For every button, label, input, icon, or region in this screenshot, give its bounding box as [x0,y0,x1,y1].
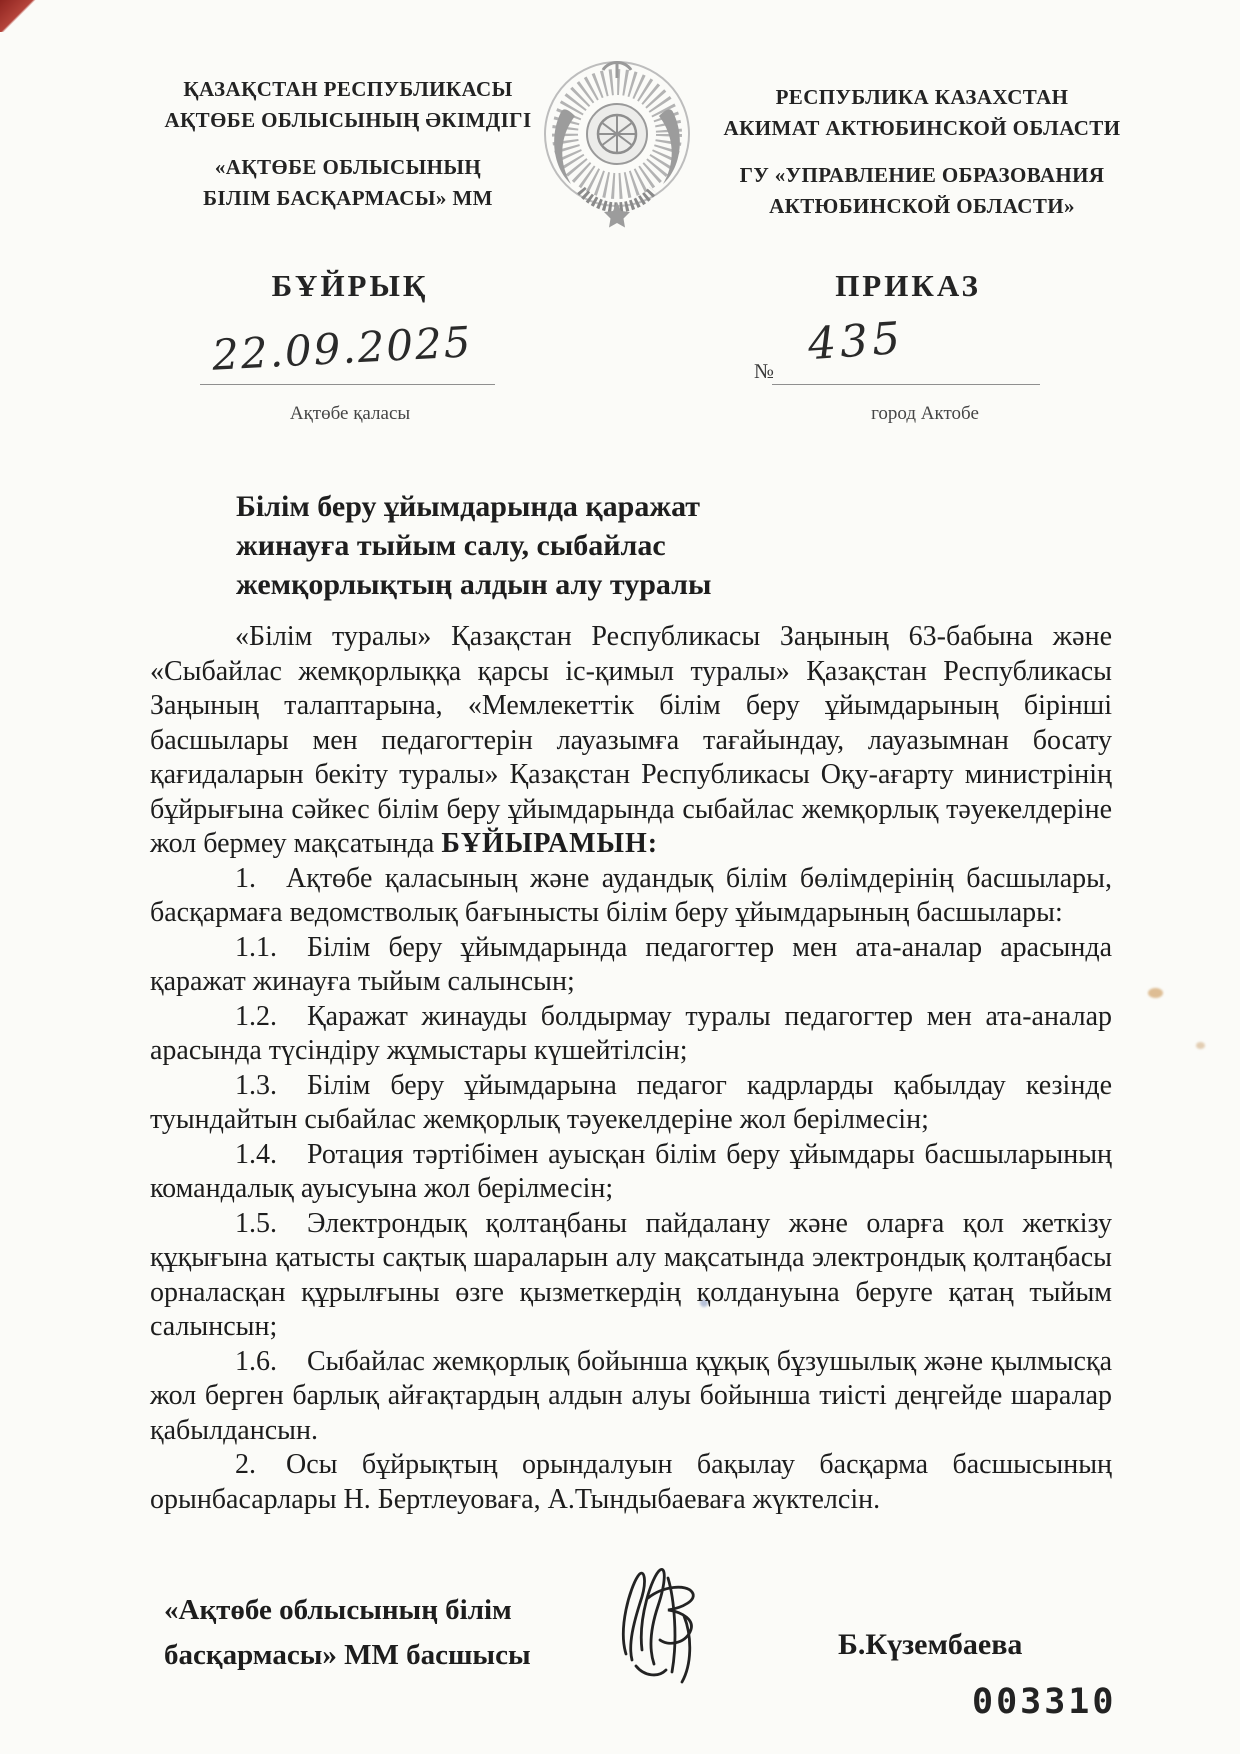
order-item-1-4: 1.4.Ротация тәртібімен ауысқан білім бер… [150,1138,1112,1207]
item-number: 1.5. [235,1208,277,1239]
order-item-1-5: 1.5.Электрондық қолтаңбаны пайдалану жән… [150,1207,1112,1345]
signer-position-line2: басқармасы» ММ басшысы [164,1633,564,1678]
order-item-2: 2.Осы бұйрықтың орындалуын бақылау басқа… [150,1448,1112,1517]
date-field: 22.09.2025 [200,322,495,385]
dept-name-kk-line2: БІЛІМ БАСҚАРМАСЫ» ММ [158,183,538,214]
title-line-2: жинауға тыйым салу, сыбайлас [236,526,776,565]
title-line-1: Білім беру ұйымдарында қаражат [236,487,776,526]
signer-name: Б.Күзембаева [838,1628,1098,1662]
signer-position: «Ақтөбе облысының білім басқармасы» ММ б… [164,1588,564,1678]
handwritten-date: 22.09.2025 [211,317,474,380]
item-text: Ақтөбе қаласының және аудандық білім бөл… [150,863,1112,929]
item-number: 1.3. [235,1070,277,1101]
scan-stain [1148,988,1163,998]
intro-text: «Білім туралы» Қазақстан Республикасы За… [150,621,1112,859]
order-item-1: 1.Ақтөбе қаласының және аудандық білім б… [150,862,1112,931]
dept-name-ru-line2: АКТЮБИНСКОЙ ОБЛАСТИ» [722,191,1122,222]
signer-position-line1: «Ақтөбе облысының білім [164,1588,564,1633]
item-text: Сыбайлас жемқорлық бойынша құқық бұзушыл… [150,1346,1112,1446]
kazakhstan-emblem-icon [541,52,693,228]
org-name-kk-line2: АҚТӨБЕ ОБЛЫСЫНЫҢ ӘКІМДІГІ [158,105,538,136]
item-number: 1. [235,863,256,894]
title-line-3: жемқорлықтың алдын алу туралы [236,565,776,604]
item-text: Қаражат жинауды болдырмау туралы педагог… [150,1001,1112,1067]
number-sign: № [754,359,774,384]
registration-stamp-number: 003310 [972,1682,1116,1722]
order-item-1-3: 1.3.Білім беру ұйымдарына педагог кадрла… [150,1069,1112,1138]
item-text: Білім беру ұйымдарына педагог кадрларды … [150,1070,1112,1136]
city-label-kazakh: Ақтөбе қаласы [245,403,455,425]
item-number: 1.4. [235,1139,277,1170]
dept-name-kk-line1: «АҚТӨБЕ ОБЛЫСЫНЫҢ [158,152,538,183]
order-word-kazakh: БҰЙРЫҚ [250,268,450,304]
order-item-1-2: 1.2.Қаражат жинауды болдырмау туралы пед… [150,1000,1112,1069]
number-field: № 435 [772,322,1040,385]
intro-paragraph: «Білім туралы» Қазақстан Республикасы За… [150,620,1112,862]
order-item-1-1: 1.1.Білім беру ұйымдарында педагогтер ме… [150,931,1112,1000]
org-name-kk-line1: ҚАЗАҚСТАН РЕСПУБЛИКАСЫ [158,74,538,105]
scan-artifact-red-corner [0,0,46,32]
handwritten-signature [608,1558,718,1690]
handwritten-number: 435 [806,313,905,371]
order-body: «Білім туралы» Қазақстан Республикасы За… [150,620,1112,1517]
order-word-russian: ПРИКАЗ [808,268,1008,304]
item-text: Осы бұйрықтың орындалуын бақылау басқарм… [150,1449,1112,1515]
org-name-ru-line2: АКИМАТ АКТЮБИНСКОЙ ОБЛАСТИ [722,113,1122,144]
dept-name-kazakh: «АҚТӨБЕ ОБЛЫСЫНЫҢ БІЛІМ БАСҚАРМАСЫ» ММ [158,152,538,214]
resolve-word: БҰЙЫРАМЫН: [441,828,658,859]
item-number: 1.1. [235,932,277,963]
item-text: Электрондық қолтаңбаны пайдалану және ол… [150,1208,1112,1343]
org-name-kazakh: ҚАЗАҚСТАН РЕСПУБЛИКАСЫ АҚТӨБЕ ОБЛЫСЫНЫҢ … [158,74,538,136]
org-name-russian: РЕСПУБЛИКА КАЗАХСТАН АКИМАТ АКТЮБИНСКОЙ … [722,82,1122,144]
item-text: Ротация тәртібімен ауысқан білім беру ұй… [150,1139,1112,1205]
item-number: 1.2. [235,1001,277,1032]
item-number: 2. [235,1449,256,1480]
item-text: Білім беру ұйымдарында педагогтер мен ат… [150,932,1112,998]
dept-name-ru-line1: ГУ «УПРАВЛЕНИЕ ОБРАЗОВАНИЯ [722,160,1122,191]
dept-name-russian: ГУ «УПРАВЛЕНИЕ ОБРАЗОВАНИЯ АКТЮБИНСКОЙ О… [722,160,1122,222]
order-item-1-6: 1.6.Сыбайлас жемқорлық бойынша құқық бұз… [150,1345,1112,1449]
document-title: Білім беру ұйымдарында қаражат жинауға т… [236,487,776,604]
org-name-ru-line1: РЕСПУБЛИКА КАЗАХСТАН [722,82,1122,113]
item-number: 1.6. [235,1346,277,1377]
scan-stain [1196,1042,1205,1049]
city-label-russian: город Актобе [815,403,1035,425]
scanned-order-document: ҚАЗАҚСТАН РЕСПУБЛИКАСЫ АҚТӨБЕ ОБЛЫСЫНЫҢ … [0,0,1240,1754]
